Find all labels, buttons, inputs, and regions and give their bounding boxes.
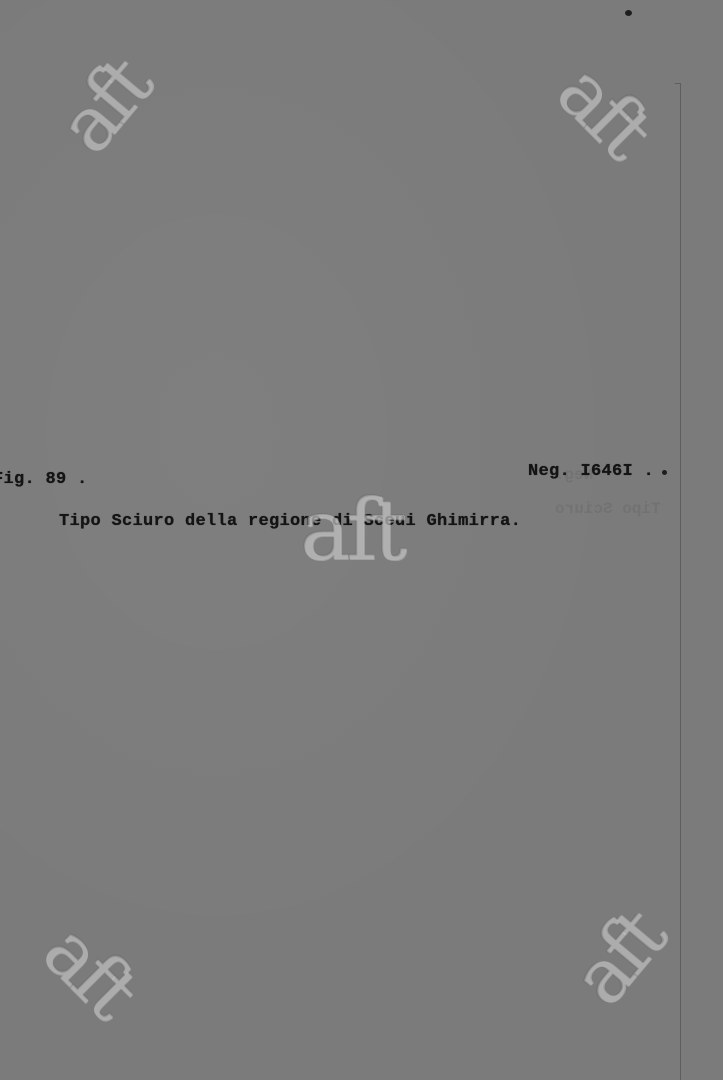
watermark-logo-icon: aft	[559, 898, 676, 1017]
caption: Tipo Sciuro della regione di Sceui Ghimi…	[59, 512, 521, 531]
dust-speck	[662, 470, 667, 475]
watermark-logo-icon: aft	[31, 911, 150, 1030]
watermark-logo-icon: aft	[300, 488, 403, 572]
card-edge-line	[680, 83, 681, 1080]
watermark-logo-icon: aft	[545, 51, 664, 170]
card-edge-tick	[675, 83, 681, 84]
dust-speck	[625, 10, 632, 16]
document-page: Neg. Tipo Sciuro Fig. 89 . Neg. I646I . …	[0, 0, 723, 1080]
figure-label: Fig. 89 .	[0, 470, 88, 489]
bleed-through-text: Tipo Sciuro	[555, 500, 661, 518]
negative-number: Neg. I646I .	[528, 462, 654, 481]
watermark-logo-icon: aft	[45, 46, 162, 165]
